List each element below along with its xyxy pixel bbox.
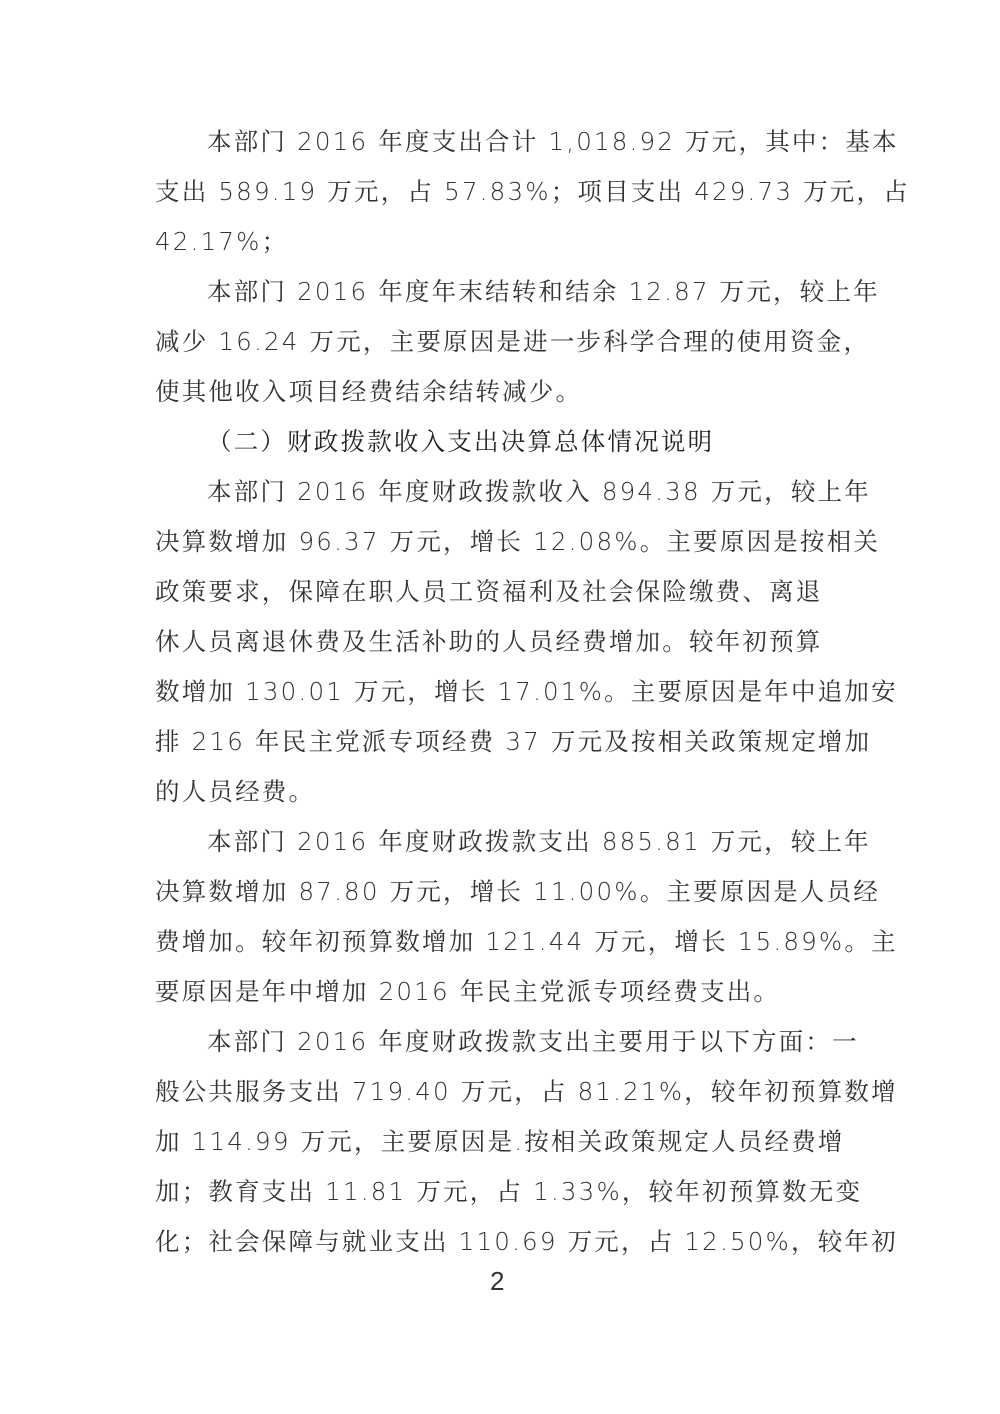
paragraph-line: 决算数增加 96.37 万元，增长 12.08%。主要原因是按相关 bbox=[155, 527, 855, 557]
paragraph-line: 本部门 2016 年度财政拨款支出主要用于以下方面：一 bbox=[207, 1027, 907, 1057]
paragraph-line: 排 216 年民主党派专项经费 37 万元及按相关政策规定增加 bbox=[155, 727, 855, 757]
paragraph-line: 支出 589.19 万元，占 57.83%；项目支出 429.73 万元，占 bbox=[155, 177, 855, 207]
paragraph-line: 使其他收入项目经费结余结转减少。 bbox=[155, 377, 855, 407]
paragraph-line: 本部门 2016 年度财政拨款支出 885.81 万元，较上年 bbox=[207, 827, 907, 857]
document-page: 本部门 2016 年度支出合计 1,018.92 万元，其中：基本 支出 589… bbox=[0, 0, 1000, 1414]
paragraph-line: 政策要求，保障在职人员工资福利及社会保险缴费、离退 bbox=[155, 577, 855, 607]
paragraph-line: 化；社会保障与就业支出 110.69 万元，占 12.50%，较年初 bbox=[155, 1227, 855, 1257]
section-heading: （二）财政拨款收入支出决算总体情况说明 bbox=[207, 427, 907, 457]
page-number: 2 bbox=[490, 1266, 504, 1296]
paragraph-line: 本部门 2016 年度财政拨款收入 894.38 万元，较上年 bbox=[207, 477, 907, 507]
paragraph-line: 费增加。较年初预算数增加 121.44 万元，增长 15.89%。主 bbox=[155, 927, 855, 957]
paragraph-line: 减少 16.24 万元，主要原因是进一步科学合理的使用资金， bbox=[155, 327, 855, 357]
paragraph-line: 本部门 2016 年度支出合计 1,018.92 万元，其中：基本 bbox=[207, 127, 907, 157]
paragraph-line: 本部门 2016 年度年末结转和结余 12.87 万元，较上年 bbox=[207, 277, 907, 307]
paragraph-line: 决算数增加 87.80 万元，增长 11.00%。主要原因是人员经 bbox=[155, 877, 855, 907]
paragraph-line: 加 114.99 万元，主要原因是.按相关政策规定人员经费增 bbox=[155, 1127, 855, 1157]
paragraph-line: 休人员离退休费及生活补助的人员经费增加。较年初预算 bbox=[155, 627, 855, 657]
paragraph-line: 要原因是年中增加 2016 年民主党派专项经费支出。 bbox=[155, 977, 855, 1007]
paragraph-line: 数增加 130.01 万元，增长 17.01%。主要原因是年中追加安 bbox=[155, 677, 855, 707]
paragraph-line: 般公共服务支出 719.40 万元，占 81.21%，较年初预算数增 bbox=[155, 1077, 855, 1107]
paragraph-line: 的人员经费。 bbox=[155, 777, 855, 807]
paragraph-line: 42.17%； bbox=[155, 227, 855, 257]
paragraph-line: 加；教育支出 11.81 万元，占 1.33%，较年初预算数无变 bbox=[155, 1177, 855, 1207]
